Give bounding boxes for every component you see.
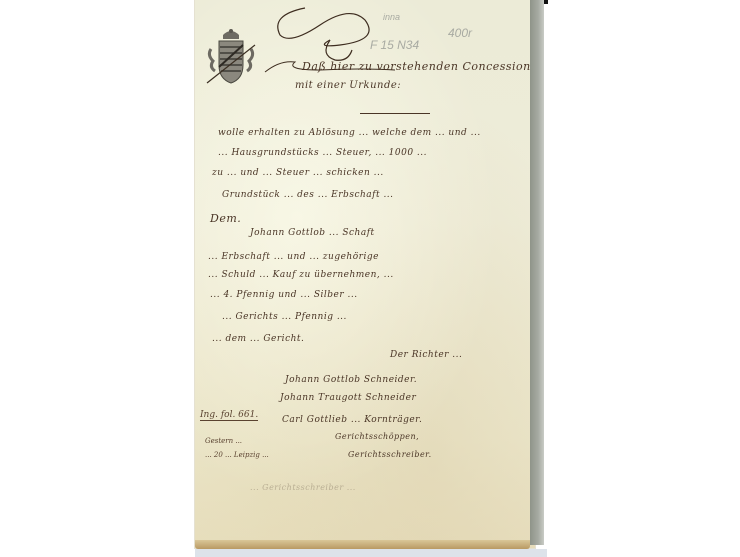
opening-line-1: Daß hier zu vorstehenden Concession [302, 60, 531, 73]
scan-background [195, 549, 547, 557]
faded-note: ... Gerichtsschreiber ... [250, 483, 356, 492]
spine-corner [544, 0, 548, 4]
body-line: ... 4. Pfennig und ... Silber ... [210, 290, 358, 300]
signature-2: Johann Traugott Schneider [280, 393, 416, 403]
signature-4: Gerichtsschöppen, [335, 432, 419, 441]
body-line: zu ... und ... Steuer ... schicken ... [212, 168, 384, 178]
signature-1: Johann Gottlob Schneider. [285, 375, 417, 385]
body-line: ... Gerichts ... Pfennig ... [222, 312, 347, 322]
separator [360, 113, 430, 114]
pencil-note-2: F 15 N34 [370, 38, 419, 52]
body-line: ... dem ... Gericht. [212, 334, 304, 344]
margin-note-2: ... 20 ... Leipzig ... [205, 451, 269, 459]
body-line: ... Schuld ... Kauf zu übernehmen, ... [208, 270, 394, 280]
body-line: ... Hausgrundstücks ... Steuer, ... 1000… [218, 148, 427, 158]
body-line: Der Richter ... [390, 350, 462, 360]
opening-line-2: mit einer Urkunde: [295, 80, 401, 91]
margin-reference: Ing. fol. 661. [200, 410, 258, 421]
body-line: ... Erbschaft ... und ... zugehörige [208, 252, 379, 262]
pencil-note-1: inna [383, 12, 400, 22]
page-edge [195, 540, 530, 549]
margin-note-1: Gestern ... [205, 437, 242, 445]
signature-5: Gerichtsschreiber. [348, 450, 432, 459]
signature-3: Carl Gottlieb ... Kornträger. [282, 415, 422, 425]
pencil-note-3: 400r [448, 26, 472, 40]
body-line: Johann Gottlob ... Schaft [250, 228, 375, 238]
binding-spine [530, 0, 544, 545]
body-line: Dem. [210, 212, 241, 225]
saxony-coat-of-arms-icon [205, 25, 257, 87]
body-line: Grundstück ... des ... Erbschaft ... [222, 190, 394, 200]
body-line: wolle erhalten zu Ablösung ... welche de… [218, 128, 481, 138]
